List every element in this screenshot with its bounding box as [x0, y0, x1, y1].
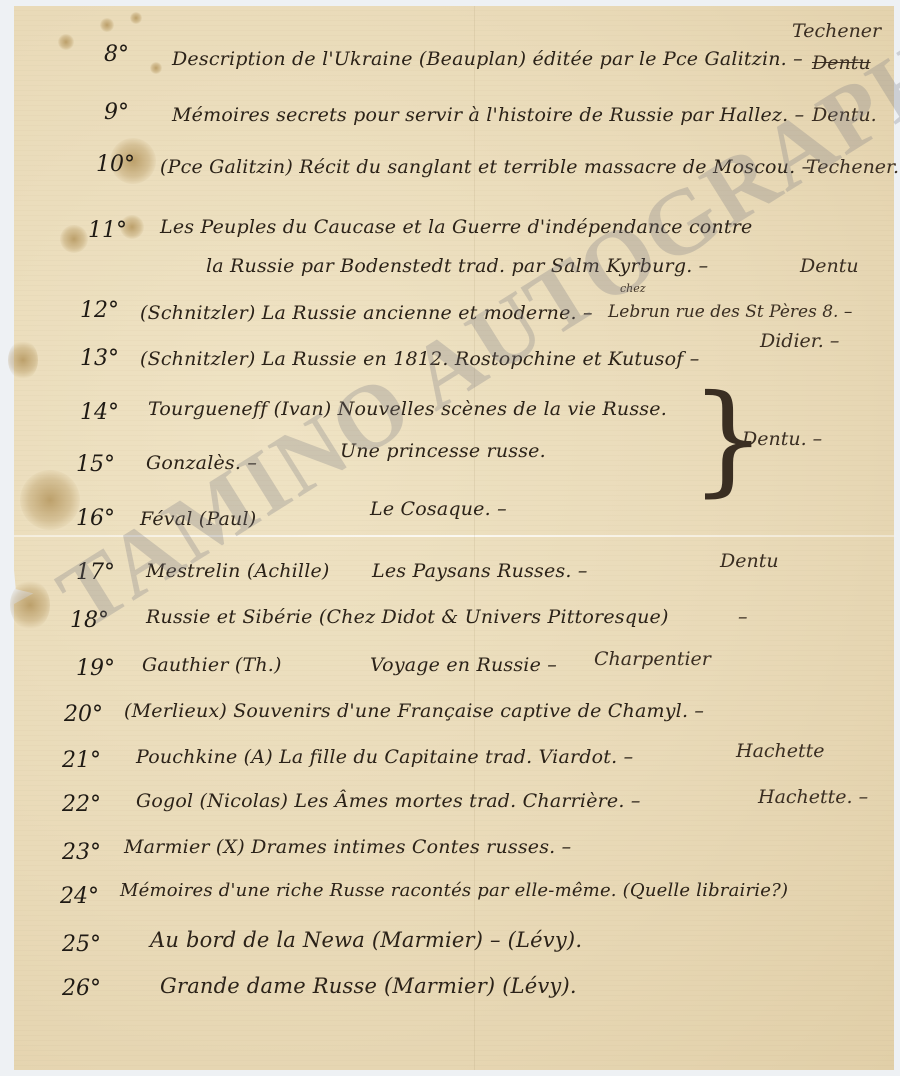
entry-number: 19° — [76, 656, 115, 681]
foxing-stain — [8, 340, 38, 380]
entry-number: 9° — [104, 100, 129, 125]
foxing-stain — [100, 18, 114, 32]
entry-publisher: Hachette — [736, 740, 825, 762]
entry-number: 21° — [62, 748, 101, 773]
entry-text: Pouchkine (A) La fille du Capitaine trad… — [136, 746, 633, 768]
entry-number: 13° — [80, 346, 119, 371]
entry-publisher: Charpentier — [594, 648, 711, 670]
entry-text: Mémoires d'une riche Russe racontés par … — [120, 880, 788, 901]
entry-text: Gauthier (Th.) — [142, 654, 282, 676]
entry-number: 23° — [62, 840, 101, 865]
entry-title: Le Cosaque. – — [370, 498, 507, 520]
entry-text: Marmier (X) Drames intimes Contes russes… — [124, 836, 571, 858]
entry-number: 20° — [64, 702, 103, 727]
entry-text: Mémoires secrets pour servir à l'histoir… — [172, 104, 804, 126]
foxing-stain — [58, 34, 74, 50]
entry-publisher: Techener — [792, 20, 881, 42]
entry-text: Russie et Sibérie (Chez Didot & Univers … — [146, 606, 669, 628]
entry-publisher: Dentu — [720, 550, 779, 572]
entry-number: 26° — [62, 976, 101, 1001]
foxing-stain — [130, 12, 142, 24]
entry-number: 8° — [104, 42, 129, 67]
entry-text: Au bord de la Newa (Marmier) – (Lévy). — [150, 928, 582, 952]
entry-number: 11° — [88, 218, 127, 243]
entry-number: 22° — [62, 792, 101, 817]
entry-number: 15° — [76, 452, 115, 477]
foxing-stain — [60, 225, 88, 253]
entry-publisher: Didier. – — [760, 330, 839, 352]
water-stain — [20, 470, 80, 530]
entry-text: Grande dame Russe (Marmier) (Lévy). — [160, 974, 577, 998]
entry-number: 14° — [80, 400, 119, 425]
entry-publisher: Dentu — [800, 255, 859, 277]
water-stain — [10, 580, 50, 630]
entry-number: 10° — [96, 152, 135, 177]
entry-title: Voyage en Russie – — [370, 654, 557, 676]
entry-number: 24° — [60, 884, 99, 909]
entry-text: (Merlieux) Souvenirs d'une Française cap… — [124, 700, 704, 722]
bracket-group-publisher: Dentu. – — [742, 428, 822, 450]
entry-publisher: – — [738, 606, 748, 628]
entry-text: Gogol (Nicolas) Les Âmes mortes trad. Ch… — [136, 790, 641, 812]
foxing-stain — [150, 62, 162, 74]
entry-publisher: Hachette. – — [758, 786, 868, 808]
entry-number: 25° — [62, 932, 101, 957]
entry-number: 12° — [80, 298, 119, 323]
entry-title: Les Paysans Russes. – — [372, 560, 588, 582]
entry-text: Description de l'Ukraine (Beauplan) édit… — [172, 48, 803, 70]
